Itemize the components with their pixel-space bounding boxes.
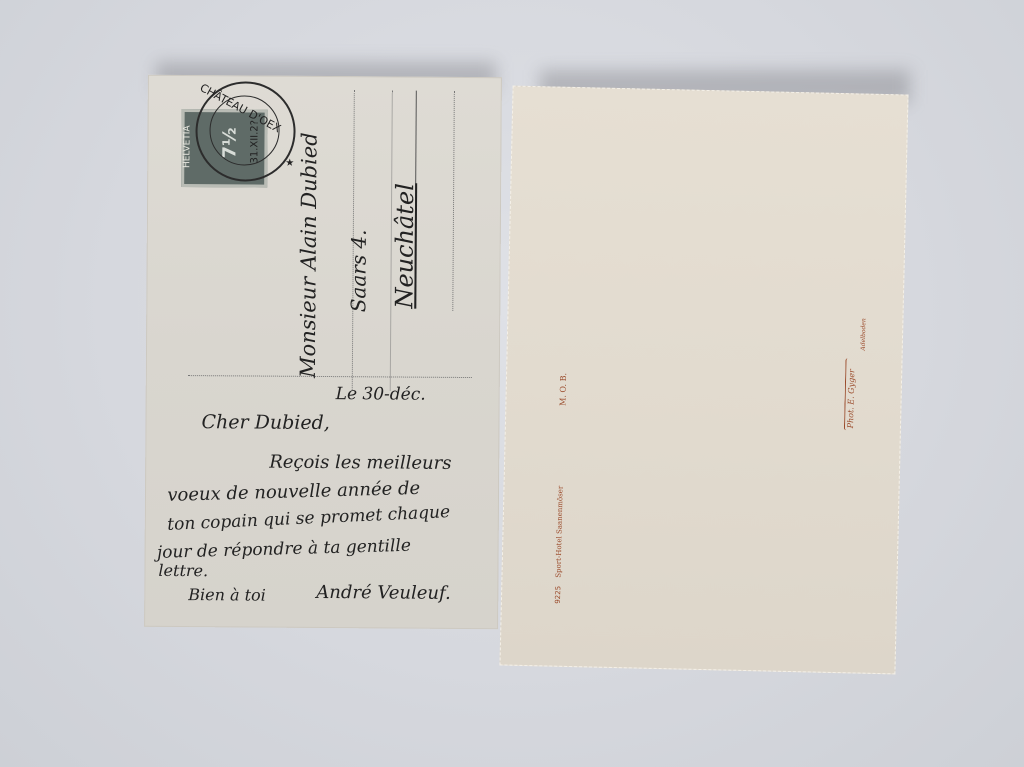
message-divider: [188, 375, 472, 378]
postmark-date: 31.XII.2?: [249, 120, 260, 164]
stamp-country: HELVETIA: [182, 125, 192, 168]
photographer-place: Adelboden: [860, 318, 868, 351]
message-line-1: Reçois les meilleurs: [269, 452, 451, 474]
right-postcard: 9225 Sport-Hotel Saanenmöser M. O. B. Ph…: [499, 86, 908, 675]
postmark-star: ★: [285, 158, 294, 169]
address-divider-3: [452, 91, 455, 311]
caption-number: 9225: [554, 586, 562, 604]
message-signature: André Veuleuf.: [316, 582, 451, 604]
address-city: Neuchâtel: [390, 183, 419, 309]
caption-railway: M. O. B.: [558, 373, 568, 406]
message-line-2: voeux de nouvelle année de: [167, 478, 420, 506]
message-greeting: Cher Dubied,: [201, 411, 329, 434]
postmark-circle: CHÂTEAU D'OEX 31.XII.2? ★: [195, 81, 296, 182]
caption-title: Sport-Hotel Saanenmöser: [554, 486, 564, 578]
address-street: Saars 4.: [346, 229, 371, 312]
message-line-3: ton copain qui se promet chaque: [167, 502, 451, 535]
message-closing: Bien à toi: [188, 585, 266, 605]
message-date: Le 30-déc.: [336, 384, 426, 405]
left-postcard: HELVETIA 7½ CHÂTEAU D'OEX 31.XII.2? ★ Mo…: [144, 75, 502, 629]
address-recipient: Monsieur Alain Dubied: [296, 132, 322, 378]
message-line-5: lettre.: [158, 561, 208, 580]
message-line-4: jour de répondre à ta gentille: [157, 536, 412, 563]
